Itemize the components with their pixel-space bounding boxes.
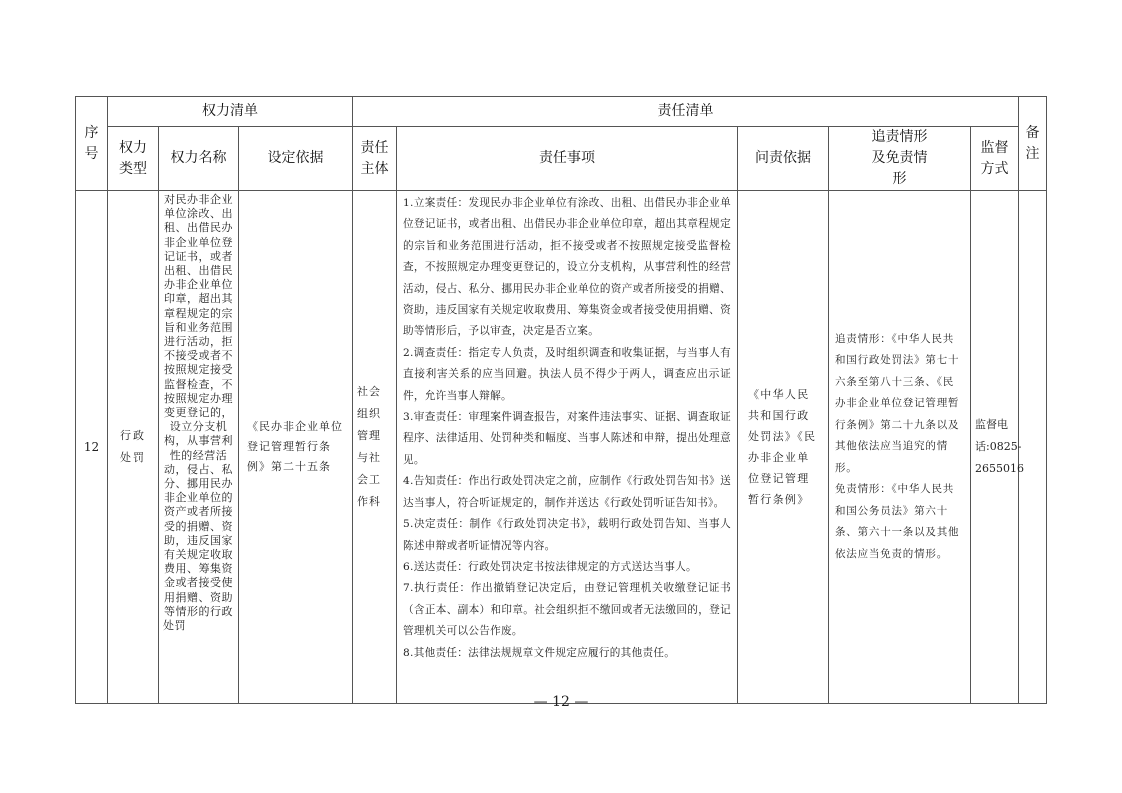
cell-accountability-basis: 《中华人民共和国行政处罚法》《民办非企业单位登记管理暂行条例》 (738, 191, 829, 704)
cell-pursue-exempt: 追责情形：《中华人民共和国行政处罚法》第七十六条至第八十三条、《民办非企业单位登… (829, 191, 971, 704)
header-remarks: 备注 (1019, 97, 1047, 191)
header-row-1: 序号 权力清单 责任清单 备注 (76, 97, 1047, 127)
header-power-type: 权力类型 (108, 127, 159, 191)
cell-seq: 12 (76, 191, 108, 704)
duty-item: 5.决定责任：制作《行政处罚决定书》，载明行政处罚告知、当事人陈述申辩或者听证情… (403, 514, 731, 557)
table-row: 12 行政处罚 对民办非企业单位涂改、出租、出借民办非企业单位登记证书，或者出租… (76, 191, 1047, 704)
header-subject: 责任主体 (353, 127, 397, 191)
duty-item: 3.审查责任：审理案件调查报告，对案件违法事实、证据、调查取证程序、法律适用、处… (403, 407, 731, 471)
pursue-text: 追责情形：《中华人民共和国行政处罚法》第七十六条至第八十三条、《民办非企业单位登… (835, 329, 964, 480)
header-accountability-basis: 问责依据 (738, 127, 829, 191)
header-power-name: 权力名称 (159, 127, 239, 191)
header-basis: 设定依据 (239, 127, 353, 191)
cell-subject: 社会组织管理与社会工作科 (353, 191, 397, 704)
header-pursue-exempt: 追责情形及免责情形 (829, 127, 971, 191)
duty-item: 2.调查责任：指定专人负责，及时组织调查和收集证据，与当事人有直接利害关系的应当… (403, 343, 731, 407)
header-supervision: 监督方式 (971, 127, 1019, 191)
header-responsibility-list: 责任清单 (353, 97, 1019, 127)
duty-item: 1.立案责任：发现民办非企业单位有涂改、出租、出借民办非企业单位登记证书，或者出… (403, 193, 731, 343)
document-page: 序号 权力清单 责任清单 备注 权力类型 权力名称 设定依据 责任主体 责任事项… (0, 0, 1122, 793)
duty-item: 4.告知责任：作出行政处罚决定之前，应制作《行政处罚告知书》送达当事人，符合听证… (403, 471, 731, 514)
header-duties: 责任事项 (397, 127, 738, 191)
cell-power-name: 对民办非企业单位涂改、出租、出借民办非企业单位登记证书，或者出租、出借民办非企业… (159, 191, 239, 704)
power-responsibility-table: 序号 权力清单 责任清单 备注 权力类型 权力名称 设定依据 责任主体 责任事项… (75, 96, 1047, 704)
header-power-list: 权力清单 (108, 97, 353, 127)
exempt-text: 免责情形：《中华人民共和国公务员法》第六十条、第六十一条以及其他依法应当免责的情… (835, 479, 964, 565)
duty-item: 6.送达责任：行政处罚决定书按法律规定的方式送达当事人。 (403, 557, 731, 578)
cell-duties: 1.立案责任：发现民办非企业单位有涂改、出租、出借民办非企业单位登记证书，或者出… (397, 191, 738, 704)
header-row-2: 权力类型 权力名称 设定依据 责任主体 责任事项 问责依据 追责情形及免责情形 … (76, 127, 1047, 191)
page-number: — 12 — (0, 694, 1122, 710)
duty-item: 7.执行责任：作出撤销登记决定后，由登记管理机关收缴登记证书（含正本、副本）和印… (403, 578, 731, 642)
duty-item: 8.其他责任：法律法规规章文件规定应履行的其他责任。 (403, 643, 731, 664)
cell-supervision: 监督电话:0825-2655016 (971, 191, 1019, 704)
cell-basis: 《民办非企业单位登记管理暂行条例》第二十五条 (239, 191, 353, 704)
header-seq: 序号 (76, 97, 108, 191)
cell-power-type: 行政处罚 (108, 191, 159, 704)
cell-remarks (1019, 191, 1047, 704)
